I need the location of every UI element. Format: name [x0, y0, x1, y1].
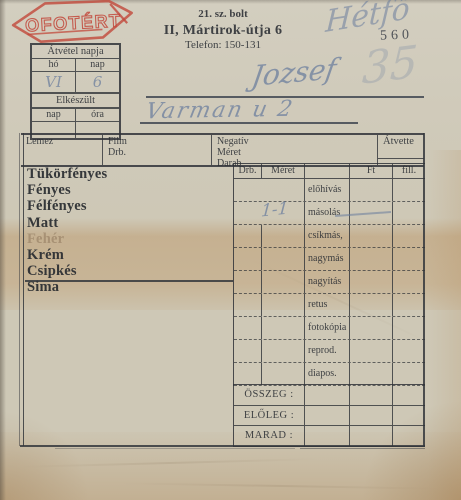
store-address-block: 21. sz. bolt II, Mártirok-útja 6 Telefon… — [128, 8, 318, 53]
qty-cell — [234, 271, 262, 293]
handwritten-customer-name: Jozsef — [249, 52, 338, 93]
service-label: nagyítás — [305, 271, 350, 293]
service-label: diapos. — [305, 363, 350, 385]
received-title-row: Átvétel napja — [32, 45, 119, 59]
outer-border-bottom-double — [55, 448, 295, 449]
filler-cell — [393, 202, 425, 224]
filler-cell — [393, 248, 425, 270]
handwritten-quantity: 1-1 — [260, 198, 289, 221]
total-row: ÖSSZEG : — [234, 385, 425, 406]
service-label: retus — [305, 294, 350, 316]
total-cell — [305, 385, 350, 405]
filler-cell — [393, 294, 425, 316]
services-table: Drb. Méret Ft fill. előhívás másolás csí… — [233, 163, 425, 386]
qty-cell — [234, 363, 262, 385]
service-row: reprod. — [234, 340, 425, 363]
forint-cell — [350, 248, 393, 270]
service-label: másolás — [305, 202, 350, 224]
total-label: ÖSSZEG : — [234, 385, 305, 405]
ofotert-logo-shape: OFOTÉRT — [9, 0, 137, 49]
filler-cell — [393, 225, 425, 247]
finish-item: Matt — [27, 215, 107, 231]
finish-list-divider — [25, 280, 233, 282]
qty-cell — [234, 317, 262, 339]
forint-column-header: Ft — [350, 164, 393, 178]
deposit-ft-cell — [350, 406, 393, 426]
size-cell — [262, 179, 305, 201]
forint-cell — [350, 317, 393, 339]
finish-item: Fényes — [27, 182, 107, 198]
forint-cell — [350, 225, 393, 247]
deposit-cell — [305, 406, 350, 426]
forint-cell — [350, 294, 393, 316]
size-cell — [262, 271, 305, 293]
remainder-cell — [305, 426, 350, 446]
deposit-fill-cell — [393, 406, 425, 426]
outer-border-bottom-double — [300, 448, 425, 449]
service-label: fotokópia — [305, 317, 350, 339]
finish-item-faded: Fehér — [27, 231, 107, 247]
store-phone: Telefon: 150-131 — [128, 39, 318, 53]
service-label: csíkmás, — [305, 225, 350, 247]
qty-column-header: Drb. — [234, 164, 262, 178]
paper-edge-shade — [428, 150, 461, 500]
size-cell — [262, 363, 305, 385]
services-header-row: Drb. Méret Ft fill. — [234, 163, 425, 179]
store-number: 21. sz. bolt — [128, 8, 318, 22]
deposit-row: ELŐLEG : — [234, 406, 425, 427]
store-street: II, Mártirok-útja 6 — [128, 22, 318, 40]
service-label: nagymás — [305, 248, 350, 270]
film-label: Film — [108, 137, 211, 147]
done-hour-header: óra — [76, 109, 119, 121]
film-header-row: Lemez Film Drb. Negatív Méret Darab Átve… — [21, 133, 424, 167]
done-title-row: Elkészült — [32, 94, 119, 109]
filler-cell — [393, 317, 425, 339]
total-fill-cell — [393, 385, 425, 405]
done-title: Elkészült — [32, 94, 119, 107]
service-row: retus — [234, 294, 425, 317]
receipt-scan: OFOTÉRT 21. sz. bolt II, Mártirok-útja 6… — [0, 0, 461, 500]
forint-cell — [350, 363, 393, 385]
film-qty-label: Drb. — [108, 148, 211, 158]
handwritten-month: VI — [32, 72, 76, 92]
size-cell — [262, 225, 305, 247]
qty-cell — [234, 225, 262, 247]
received-day-header: nap — [76, 59, 119, 71]
outer-border-left — [23, 133, 25, 446]
filler-cell — [393, 363, 425, 385]
service-row: előhívás — [234, 179, 425, 202]
ofotert-logo: OFOTÉRT — [9, 0, 137, 49]
remainder-fill-cell — [393, 426, 425, 446]
service-label: előhívás — [305, 179, 350, 201]
remainder-label: MARAD : — [234, 426, 305, 446]
paper-corner-shadow — [0, 410, 90, 500]
finish-item: Csipkés — [27, 263, 107, 279]
size-cell — [262, 317, 305, 339]
plate-label: Lemez — [26, 137, 102, 147]
negative-label: Negatív — [217, 137, 377, 147]
customer-address-rule — [140, 122, 358, 124]
received-by-cell: Átvette — [378, 135, 424, 159]
paper-finish-list: Tükörfényes Fényes Félfényes Matt Fehér … — [27, 166, 107, 296]
handwritten-day: 6 — [76, 72, 119, 92]
finish-item: Sima — [27, 279, 107, 295]
film-header-cell: Film Drb. — [103, 135, 212, 165]
received-month-header: hó — [32, 59, 76, 71]
forint-cell — [350, 179, 393, 201]
negative-header-cell: Negatív Méret Darab — [212, 135, 378, 165]
filler-cell — [393, 271, 425, 293]
service-row: nagyítás — [234, 271, 425, 294]
done-header-row: nap óra — [32, 109, 119, 122]
received-by-label: Átvette — [383, 137, 424, 147]
done-day-header: nap — [32, 109, 76, 121]
filler-cell — [393, 179, 425, 201]
filler-cell — [393, 340, 425, 362]
size-cell — [262, 248, 305, 270]
handwritten-customer-address: Varman u 2 — [144, 97, 297, 125]
forint-cell — [350, 271, 393, 293]
qty-cell — [234, 294, 262, 316]
outer-border-left-outer — [19, 133, 20, 446]
summary-table: ÖSSZEG : ELŐLEG : MARAD : — [233, 384, 425, 447]
paper-wrinkle — [120, 482, 440, 490]
size-cell — [262, 340, 305, 362]
paper-edge-shadow — [0, 0, 6, 500]
qty-cell — [234, 340, 262, 362]
handwritten-number-scribble: 35 — [361, 36, 419, 95]
qty-cell — [234, 179, 262, 201]
qty-cell — [234, 202, 262, 224]
received-header-row: hó nap — [32, 59, 119, 72]
remainder-ft-cell — [350, 426, 393, 446]
service-label: reprod. — [305, 340, 350, 362]
finish-item: Tükörfényes — [27, 166, 107, 182]
size-column-header: Méret — [262, 164, 305, 178]
service-row: diapos. — [234, 363, 425, 386]
finish-item: Félfényes — [27, 198, 107, 214]
service-column-header — [305, 164, 350, 178]
filler-column-header: fill. — [393, 164, 425, 178]
deposit-label: ELŐLEG : — [234, 406, 305, 426]
forint-cell — [350, 340, 393, 362]
plate-header-cell: Lemez — [21, 135, 103, 165]
received-value-row: VI 6 — [32, 72, 119, 94]
finish-item: Krém — [27, 247, 107, 263]
service-row: csíkmás, — [234, 225, 425, 248]
qty-cell — [234, 248, 262, 270]
service-row: fotokópia — [234, 317, 425, 340]
remainder-row: MARAD : — [234, 426, 425, 447]
size-cell — [262, 294, 305, 316]
received-title: Átvétel napja — [32, 45, 119, 58]
service-row: nagymás — [234, 248, 425, 271]
negative-size-label: Méret — [217, 148, 377, 158]
pickup-dates-box: Átvétel napja hó nap VI 6 Elkészült nap … — [30, 43, 121, 140]
total-ft-cell — [350, 385, 393, 405]
paper-wrinkle — [20, 458, 320, 468]
